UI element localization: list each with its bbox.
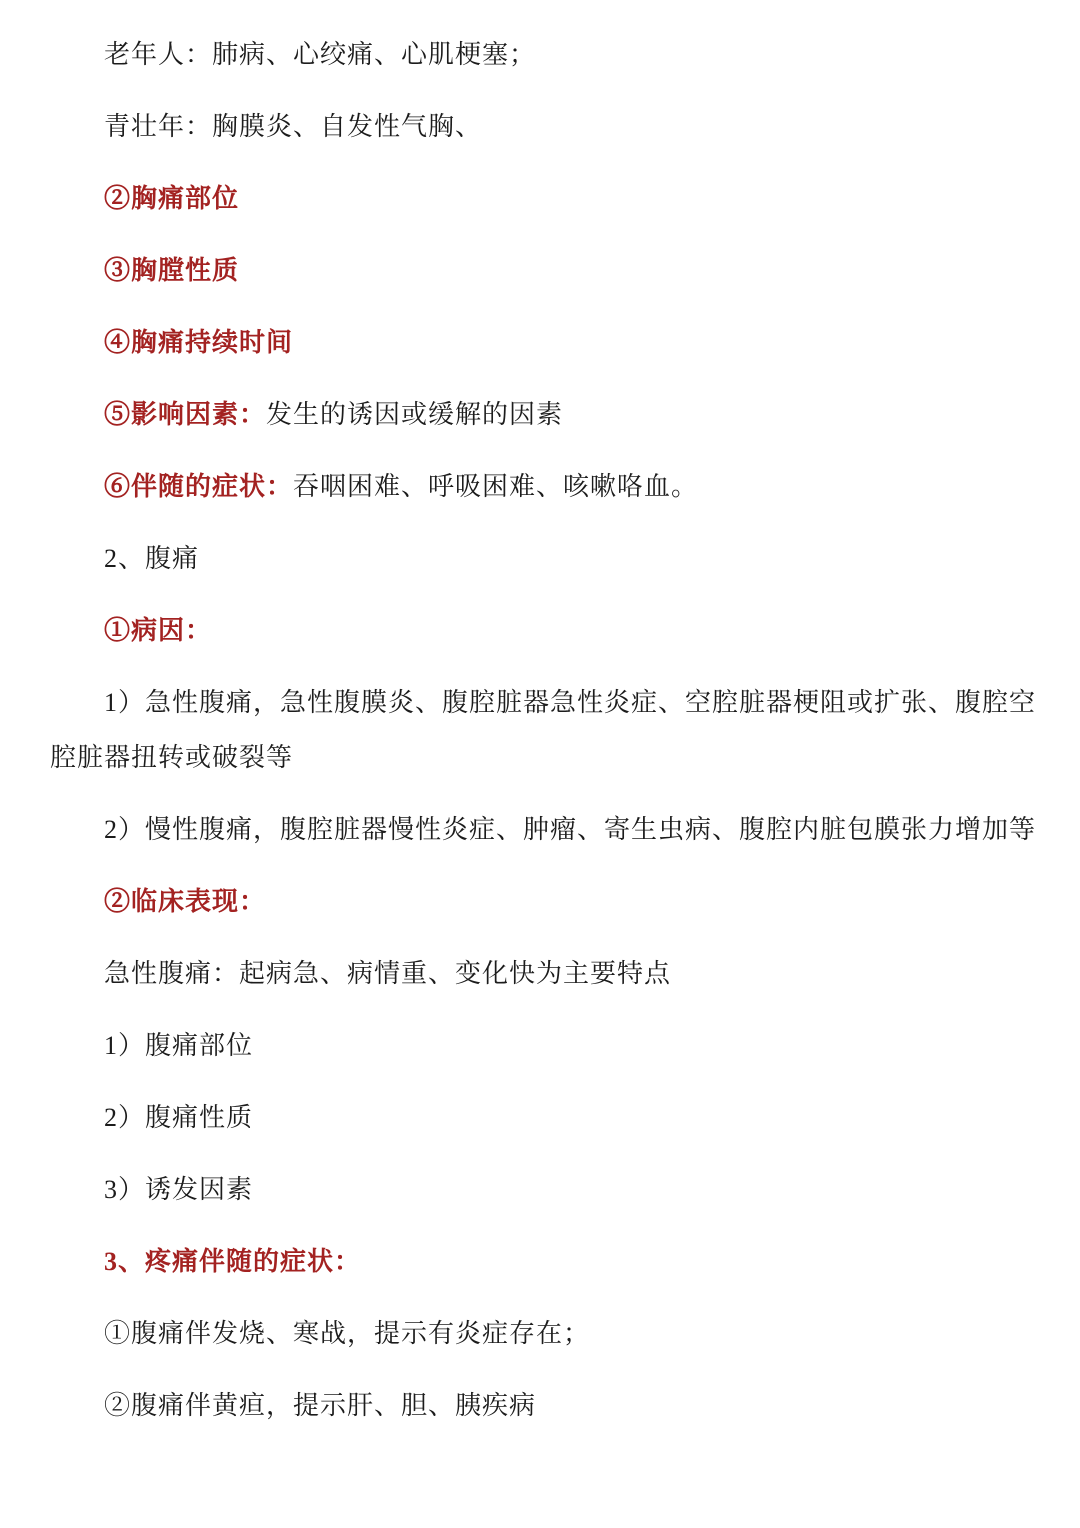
paragraph: 3、疼痛伴随的症状： bbox=[50, 1234, 1042, 1289]
heading-segment: ②临床表现： bbox=[104, 887, 266, 916]
text-segment: 急性腹痛：起病急、病情重、变化快为主要特点 bbox=[104, 959, 671, 988]
document-body: 老年人：肺病、心绞痛、心肌梗塞；青壮年：胸膜炎、自发性气胸、②胸痛部位③胸膛性质… bbox=[50, 27, 1042, 1433]
paragraph: 3）诱发因素 bbox=[50, 1162, 1042, 1217]
text-segment: 发生的诱因或缓解的因素 bbox=[266, 400, 563, 429]
text-segment: 1）腹痛部位 bbox=[104, 1031, 253, 1060]
heading-segment: ⑥伴随的症状： bbox=[104, 472, 293, 501]
text-segment: ①腹痛伴发烧、寒战，提示有炎症存在； bbox=[104, 1319, 590, 1348]
heading-segment: ⑤影响因素： bbox=[104, 400, 266, 429]
heading-segment: ③胸膛性质 bbox=[104, 256, 239, 285]
text-segment: 青壮年：胸膜炎、自发性气胸、 bbox=[104, 112, 482, 141]
paragraph: ①腹痛伴发烧、寒战，提示有炎症存在； bbox=[50, 1306, 1042, 1361]
paragraph: ⑤影响因素：发生的诱因或缓解的因素 bbox=[50, 387, 1042, 442]
text-segment: 2）慢性腹痛，腹腔脏器慢性炎症、肿瘤、寄生虫病、腹腔内脏包膜张力增加等 bbox=[104, 815, 1036, 844]
paragraph: 1）腹痛部位 bbox=[50, 1018, 1042, 1073]
paragraph: ③胸膛性质 bbox=[50, 243, 1042, 298]
paragraph: ①病因： bbox=[50, 603, 1042, 658]
document-page: 老年人：肺病、心绞痛、心肌梗塞；青壮年：胸膜炎、自发性气胸、②胸痛部位③胸膛性质… bbox=[0, 0, 1080, 1528]
text-segment: 2）腹痛性质 bbox=[104, 1103, 253, 1132]
paragraph: ②临床表现： bbox=[50, 874, 1042, 929]
paragraph: 青壮年：胸膜炎、自发性气胸、 bbox=[50, 99, 1042, 154]
heading-segment: ④胸痛持续时间 bbox=[104, 328, 293, 357]
text-segment: 3）诱发因素 bbox=[104, 1175, 253, 1204]
heading-segment: ②胸痛部位 bbox=[104, 184, 239, 213]
paragraph: ②胸痛部位 bbox=[50, 171, 1042, 226]
text-segment: 2、腹痛 bbox=[104, 544, 199, 573]
paragraph: ⑥伴随的症状：吞咽困难、呼吸困难、咳嗽咯血。 bbox=[50, 459, 1042, 514]
heading-segment: 3、疼痛伴随的症状： bbox=[104, 1247, 361, 1276]
paragraph: 老年人：肺病、心绞痛、心肌梗塞； bbox=[50, 27, 1042, 82]
paragraph: 急性腹痛：起病急、病情重、变化快为主要特点 bbox=[50, 946, 1042, 1001]
paragraph: ④胸痛持续时间 bbox=[50, 315, 1042, 370]
paragraph: ②腹痛伴黄疸，提示肝、胆、胰疾病 bbox=[50, 1378, 1042, 1433]
text-segment: 吞咽困难、呼吸困难、咳嗽咯血。 bbox=[293, 472, 698, 501]
paragraph: 1）急性腹痛，急性腹膜炎、腹腔脏器急性炎症、空腔脏器梗阻或扩张、腹腔空腔脏器扭转… bbox=[50, 675, 1042, 785]
paragraph: 2）腹痛性质 bbox=[50, 1090, 1042, 1145]
text-segment: 老年人：肺病、心绞痛、心肌梗塞； bbox=[104, 40, 536, 69]
text-segment: ②腹痛伴黄疸，提示肝、胆、胰疾病 bbox=[104, 1391, 536, 1420]
heading-segment: ①病因： bbox=[104, 616, 212, 645]
paragraph: 2、腹痛 bbox=[50, 531, 1042, 586]
paragraph: 2）慢性腹痛，腹腔脏器慢性炎症、肿瘤、寄生虫病、腹腔内脏包膜张力增加等 bbox=[50, 802, 1042, 857]
text-segment: 1）急性腹痛，急性腹膜炎、腹腔脏器急性炎症、空腔脏器梗阻或扩张、腹腔空腔脏器扭转… bbox=[50, 688, 1036, 772]
